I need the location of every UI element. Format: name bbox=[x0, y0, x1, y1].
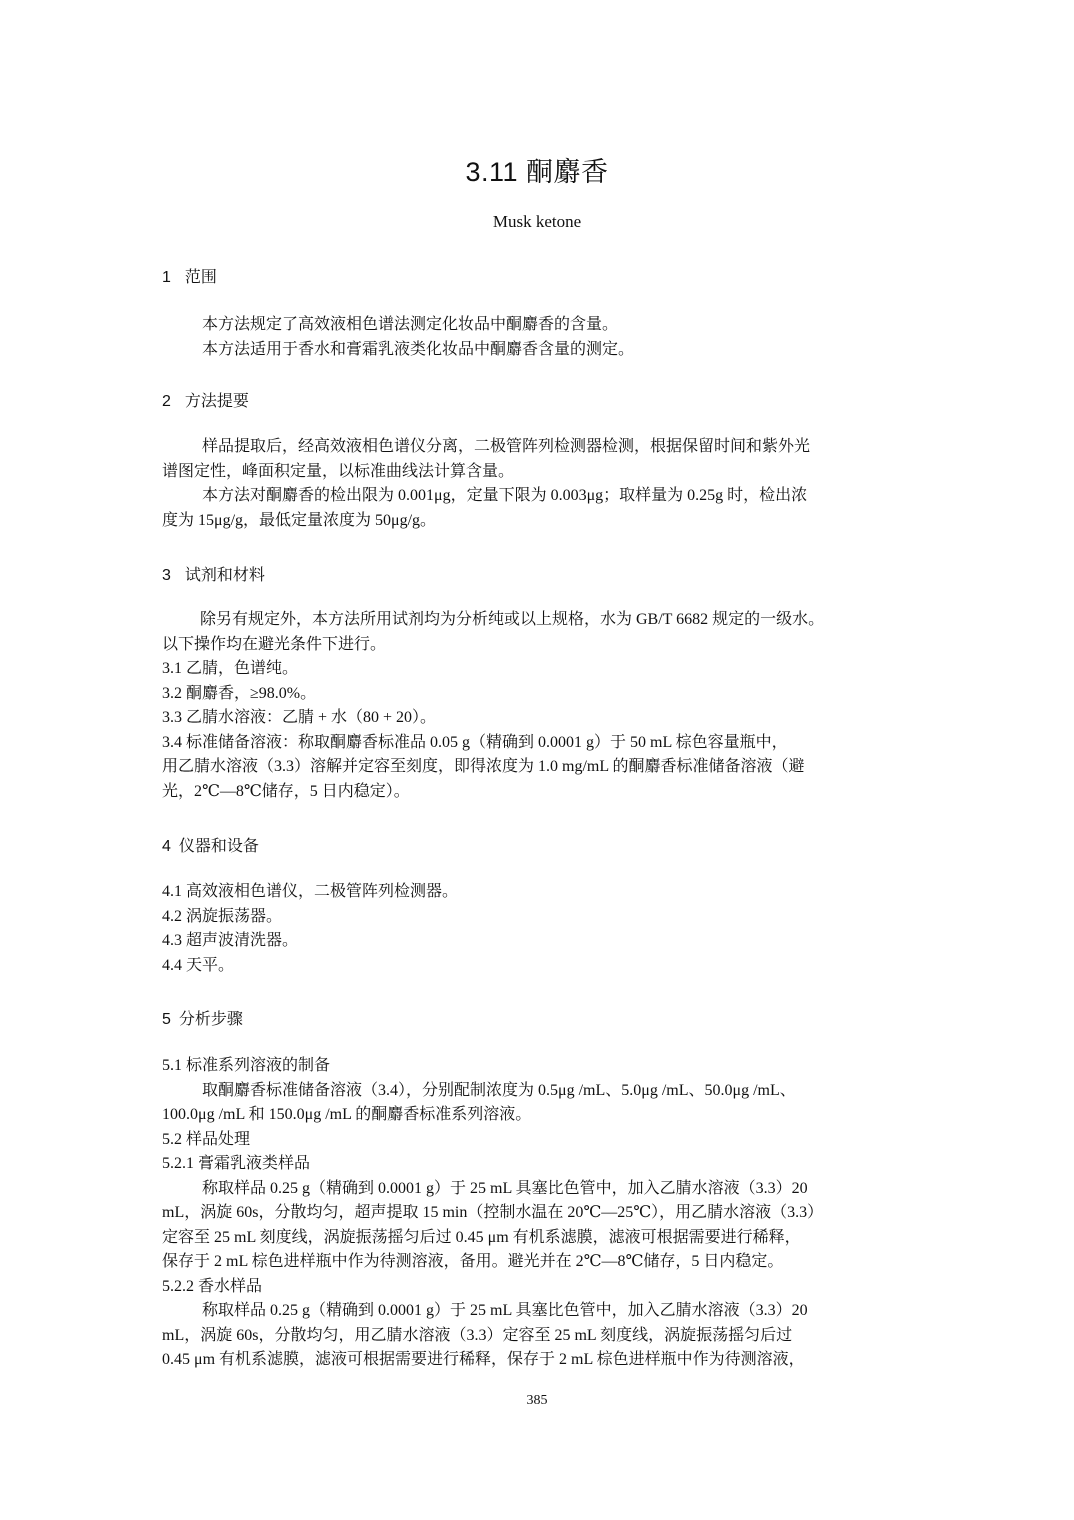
section-number: 1 bbox=[162, 269, 171, 287]
section-body-1: 本方法规定了高效液相色谱法测定化妆品中酮麝香的含量。 本方法适用于香水和膏霜乳液… bbox=[162, 313, 914, 362]
document-page: 3.11 酮麝香 Musk ketone 1范围 本方法规定了高效液相色谱法测定… bbox=[0, 0, 1074, 1520]
paragraph-line: 本方法对酮麝香的检出限为 0.001μg，定量下限为 0.003μg；取样量为 … bbox=[162, 484, 914, 509]
paragraph-line: 样品提取后，经高效液相色谱仪分离，二极管阵列检测器检测，根据保留时间和紫外光 bbox=[162, 435, 914, 460]
page-subtitle: Musk ketone bbox=[0, 212, 1074, 232]
list-item: 3.4 标准储备溶液：称取酮麝香标准品 0.05 g（精确到 0.0001 g）… bbox=[162, 731, 914, 756]
section-number: 4 bbox=[162, 838, 171, 856]
section-heading-1: 1范围 bbox=[162, 264, 217, 287]
paragraph-line: 称取样品 0.25 g（精确到 0.0001 g）于 25 mL 具塞比色管中，… bbox=[162, 1177, 914, 1202]
page-number: 385 bbox=[0, 1393, 1074, 1409]
paragraph-line: 称取样品 0.25 g（精确到 0.0001 g）于 25 mL 具塞比色管中，… bbox=[162, 1299, 914, 1324]
list-item: 4.2 涡旋振荡器。 bbox=[162, 905, 914, 930]
paragraph-line: mL，涡旋 60s，分散均匀，超声提取 15 min（控制水温在 20℃—25℃… bbox=[162, 1201, 914, 1226]
paragraph-line: 以下操作均在避光条件下进行。 bbox=[162, 633, 914, 658]
section-body-5: 5.1 标准系列溶液的制备 取酮麝香标准储备溶液（3.4），分别配制浓度为 0.… bbox=[162, 1054, 914, 1373]
list-item: 4.1 高效液相色谱仪，二极管阵列检测器。 bbox=[162, 880, 914, 905]
list-item: 4.4 天平。 bbox=[162, 954, 914, 979]
section-number: 2 bbox=[162, 393, 171, 411]
paragraph-line: 谱图定性，峰面积定量，以标准曲线法计算含量。 bbox=[162, 460, 914, 485]
paragraph-line: 度为 15μg/g，最低定量浓度为 50μg/g。 bbox=[162, 509, 914, 534]
section-title: 方法提要 bbox=[185, 393, 249, 410]
paragraph-line: 除另有规定外，本方法所用试剂均为分析纯或以上规格，水为 GB/T 6682 规定… bbox=[162, 608, 914, 633]
paragraph-line: 用乙腈水溶液（3.3）溶解并定容至刻度，即得浓度为 1.0 mg/mL 的酮麝香… bbox=[162, 755, 914, 780]
section-title: 试剂和材料 bbox=[185, 567, 265, 584]
list-item: 3.3 乙腈水溶液：乙腈 + 水（80 + 20）。 bbox=[162, 706, 914, 731]
subsection-heading: 5.2.2 香水样品 bbox=[162, 1275, 914, 1300]
section-heading-5: 5分析步骤 bbox=[162, 1006, 243, 1029]
paragraph-line: 本方法适用于香水和膏霜乳液类化妆品中酮麝香含量的测定。 bbox=[162, 338, 914, 363]
section-heading-3: 3试剂和材料 bbox=[162, 562, 265, 585]
section-title: 分析步骤 bbox=[179, 1011, 243, 1028]
section-heading-2: 2方法提要 bbox=[162, 388, 249, 411]
page-title: 3.11 酮麝香 bbox=[0, 150, 1074, 189]
paragraph-line: 光，2℃—8℃储存，5 日内稳定）。 bbox=[162, 780, 914, 805]
section-body-3: 除另有规定外，本方法所用试剂均为分析纯或以上规格，水为 GB/T 6682 规定… bbox=[162, 608, 914, 804]
subsection-heading: 5.2 样品处理 bbox=[162, 1128, 914, 1153]
paragraph-line: 本方法规定了高效液相色谱法测定化妆品中酮麝香的含量。 bbox=[162, 313, 914, 338]
paragraph-line: 取酮麝香标准储备溶液（3.4），分别配制浓度为 0.5μg /mL、5.0μg … bbox=[162, 1079, 914, 1104]
section-number: 5 bbox=[162, 1011, 171, 1029]
list-item: 4.3 超声波清洗器。 bbox=[162, 929, 914, 954]
subsection-heading: 5.1 标准系列溶液的制备 bbox=[162, 1054, 914, 1079]
section-body-2: 样品提取后，经高效液相色谱仪分离，二极管阵列检测器检测，根据保留时间和紫外光 谱… bbox=[162, 435, 914, 533]
section-body-4: 4.1 高效液相色谱仪，二极管阵列检测器。 4.2 涡旋振荡器。 4.3 超声波… bbox=[162, 880, 914, 978]
paragraph-line: 保存于 2 mL 棕色进样瓶中作为待测溶液，备用。避光并在 2℃—8℃储存，5 … bbox=[162, 1250, 914, 1275]
section-number: 3 bbox=[162, 567, 171, 585]
paragraph-line: mL，涡旋 60s，分散均匀，用乙腈水溶液（3.3）定容至 25 mL 刻度线，… bbox=[162, 1324, 914, 1349]
list-item: 3.1 乙腈，色谱纯。 bbox=[162, 657, 914, 682]
section-title: 范围 bbox=[185, 269, 217, 286]
section-heading-4: 4仪器和设备 bbox=[162, 833, 259, 856]
section-title: 仪器和设备 bbox=[179, 838, 259, 855]
paragraph-line: 0.45 μm 有机系滤膜，滤液可根据需要进行稀释，保存于 2 mL 棕色进样瓶… bbox=[162, 1348, 914, 1373]
list-item: 3.2 酮麝香，≥98.0%。 bbox=[162, 682, 914, 707]
subsection-heading: 5.2.1 膏霜乳液类样品 bbox=[162, 1152, 914, 1177]
paragraph-line: 100.0μg /mL 和 150.0μg /mL 的酮麝香标准系列溶液。 bbox=[162, 1103, 914, 1128]
paragraph-line: 定容至 25 mL 刻度线，涡旋振荡摇匀后过 0.45 μm 有机系滤膜，滤液可… bbox=[162, 1226, 914, 1251]
